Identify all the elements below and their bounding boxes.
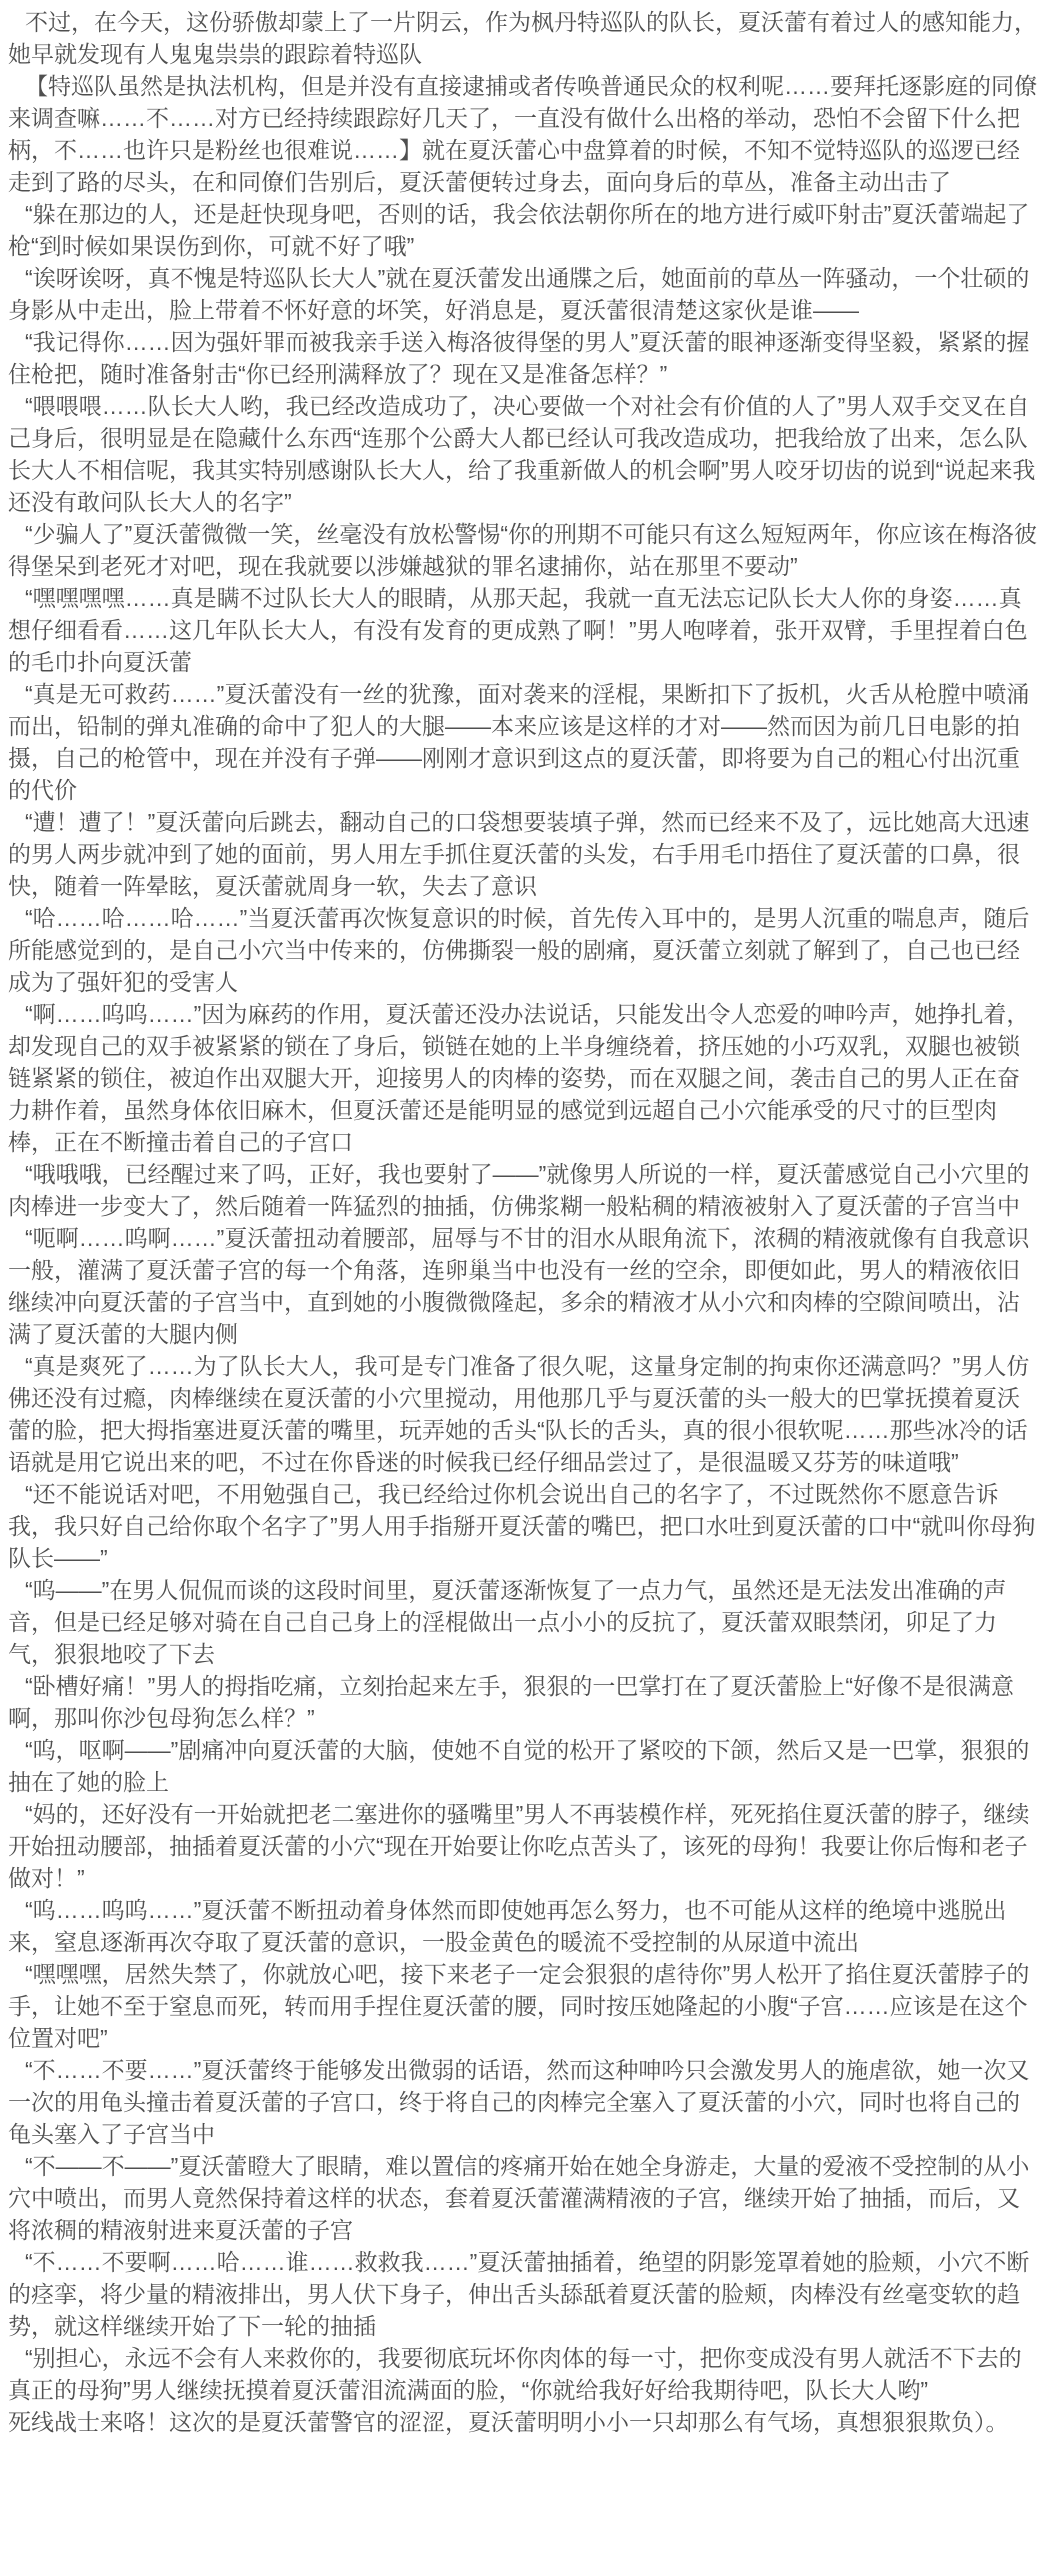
paragraph: “还不能说话对吧，不用勉强自己，我已经给过你机会说出自己的名字了，不过既然你不愿… [8, 1478, 1038, 1574]
paragraph: 死线战士来咯！这次的是夏沃蕾警官的涩涩，夏沃蕾明明小小一只却那么有气场，真想狠狠… [8, 2406, 1038, 2438]
paragraph: “妈的，还好没有一开始就把老二塞进你的骚嘴里”男人不再装模作样，死死掐住夏沃蕾的… [8, 1798, 1038, 1894]
novel-page: 不过，在今天，这份骄傲却蒙上了一片阴云，作为枫丹特巡队的队长，夏沃蕾有着过人的感… [8, 6, 1038, 2438]
paragraph: “啊……呜呜……”因为麻药的作用，夏沃蕾还没办法说话，只能发出令人恋爱的呻吟声，… [8, 998, 1038, 1158]
paragraph: “嘿嘿嘿嘿……真是瞒不过队长大人的眼睛，从那天起，我就一直无法忘记队长大人你的身… [8, 582, 1038, 678]
paragraph: “不……不要啊……哈……谁……救救我……”夏沃蕾抽插着，绝望的阴影笼罩着她的脸颊… [8, 2246, 1038, 2342]
paragraph: “哈……哈……哈……”当夏沃蕾再次恢复意识的时候，首先传入耳中的，是男人沉重的喘… [8, 902, 1038, 998]
paragraph: “不……不要……”夏沃蕾终于能够发出微弱的话语，然而这种呻吟只会激发男人的施虐欲… [8, 2054, 1038, 2150]
paragraph: “呜——”在男人侃侃而谈的这段时间里，夏沃蕾逐渐恢复了一点力气，虽然还是无法发出… [8, 1574, 1038, 1670]
novel-page-background: { "page": { "background_color": "#ffffff… [0, 0, 1046, 2448]
paragraph: “呃啊……呜啊……”夏沃蕾扭动着腰部，屈辱与不甘的泪水从眼角流下，浓稠的精液就像… [8, 1222, 1038, 1350]
paragraph: “不——不——”夏沃蕾瞪大了眼睛，难以置信的疼痛开始在她全身游走，大量的爱液不受… [8, 2150, 1038, 2246]
paragraph: “呜，呕啊——”剧痛冲向夏沃蕾的大脑，使她不自觉的松开了紧咬的下颌，然后又是一巴… [8, 1734, 1038, 1798]
paragraph: “喂喂喂……队长大人哟，我已经改造成功了，决心要做一个对社会有价值的人了”男人双… [8, 390, 1038, 518]
paragraph: “躲在那边的人，还是赶快现身吧，否则的话，我会依法朝你所在的地方进行威吓射击”夏… [8, 198, 1038, 262]
paragraph: 【特巡队虽然是执法机构，但是并没有直接逮捕或者传唤普通民众的权利呢……要拜托逐影… [8, 70, 1038, 198]
paragraph: “呜……呜呜……”夏沃蕾不断扭动着身体然而即使她再怎么努力，也不可能从这样的绝境… [8, 1894, 1038, 1958]
paragraph: “嘿嘿嘿，居然失禁了，你就放心吧，接下来老子一定会狠狠的虐待你”男人松开了掐住夏… [8, 1958, 1038, 2054]
paragraph: “哦哦哦，已经醒过来了吗，正好，我也要射了——”就像男人所说的一样，夏沃蕾感觉自… [8, 1158, 1038, 1222]
paragraph: “真是爽死了……为了队长大人，我可是专门准备了很久呢，这量身定制的拘束你还满意吗… [8, 1350, 1038, 1478]
paragraph: “别担心，永远不会有人来救你的，我要彻底玩坏你肉体的每一寸，把你变成没有男人就活… [8, 2342, 1038, 2406]
paragraph: “少骗人了”夏沃蕾微微一笑，丝毫没有放松警惕“你的刑期不可能只有这么短短两年，你… [8, 518, 1038, 582]
paragraph: “真是无可救药……”夏沃蕾没有一丝的犹豫，面对袭来的淫棍，果断扣下了扳机，火舌从… [8, 678, 1038, 806]
paragraph: “我记得你……因为强奸罪而被我亲手送入梅洛彼得堡的男人”夏沃蕾的眼神逐渐变得坚毅… [8, 326, 1038, 390]
novel-text-body: 不过，在今天，这份骄傲却蒙上了一片阴云，作为枫丹特巡队的队长，夏沃蕾有着过人的感… [8, 6, 1038, 2438]
paragraph: “卧槽好痛！”男人的拇指吃痛，立刻抬起来左手，狠狠的一巴掌打在了夏沃蕾脸上“好像… [8, 1670, 1038, 1734]
paragraph: “诶呀诶呀，真不愧是特巡队长大人”就在夏沃蕾发出通牒之后，她面前的草丛一阵骚动，… [8, 262, 1038, 326]
paragraph: 不过，在今天，这份骄傲却蒙上了一片阴云，作为枫丹特巡队的队长，夏沃蕾有着过人的感… [8, 6, 1038, 70]
paragraph: “遭！遭了！”夏沃蕾向后跳去，翻动自己的口袋想要装填子弹，然而已经来不及了，远比… [8, 806, 1038, 902]
